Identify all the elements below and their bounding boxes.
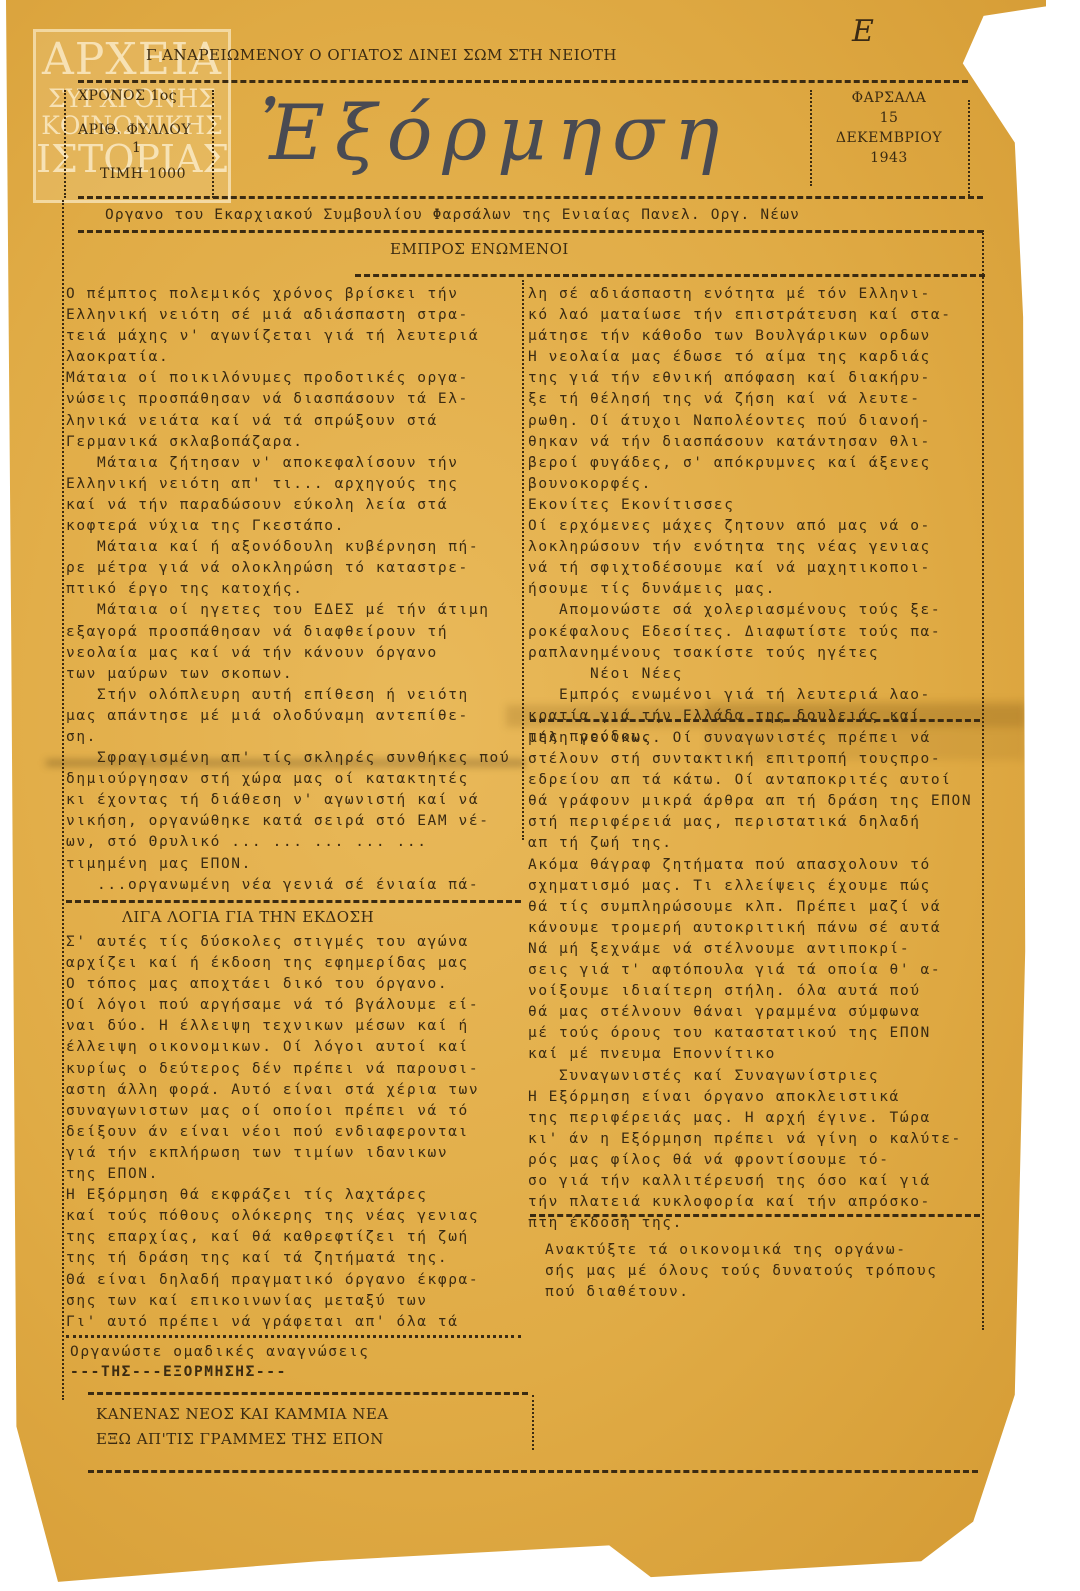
divider [88, 1392, 528, 1395]
text-line: Απομονώστε σά χολεριασμένους τούς ξε- [528, 600, 983, 621]
newspaper-title: Ἐξόρμηση [260, 88, 729, 177]
text-line: ρε μέτρα γιά νά ολοκληρώση τό καταστρε- [66, 558, 521, 579]
text-line: σο γιά τήν καλλιτέρευσή της όσο καί γιά [528, 1171, 983, 1192]
lead-article-right-column: λη σέ αδιάσπαστη ενότητα μέ τόν Ελληνι-κ… [528, 284, 983, 748]
divider [78, 80, 968, 83]
text-line: έλλειψη οικονομικων. Οί λόγοι αυτοί καί [66, 1037, 521, 1058]
text-line: δημιούργησαν στή χώρα μας οί κατακτητές [66, 769, 521, 790]
masthead-slogan: Γ ΑΝΑΡΕΙΩΜΕΝΟΥ Ο ΟΓΙΑΤΟΣ ΔΙΝΕΙ ΣΩΜ ΣΤΗ Ν… [146, 46, 617, 64]
text-line: Η Εξόρμηση είναι όργανο αποκλειστικά [528, 1087, 983, 1108]
text-line: νά τή σφιχτοδέσουμε καί νά μαχητικοποι- [528, 558, 983, 579]
text-line: Συναγωνιστές καί Συναγωνίστριες [528, 1066, 983, 1087]
text-line: Ελληνική νειότη σέ μιά αδιάσπαστη στρα- [66, 305, 521, 326]
fundraising-note: Ανακτύξτε τά οικονομικά της οργάνω-σής μ… [545, 1240, 985, 1303]
text-line: Μάταια ζήτησαν ν' αποκεφαλίσουν τήν [66, 453, 521, 474]
text-line: λη σέ αδιάσπαστη ενότητα μέ τόν Ελληνι- [528, 284, 983, 305]
text-line: νοίξουμε ιδιαίτερη στήλη. όλα αυτά πού [528, 981, 983, 1002]
text-line: κρατία γιά τήν Ελλάδα της δουλειάς καί [528, 706, 983, 727]
text-line: Ανακτύξτε τά οικονομικά της οργάνω- [545, 1240, 985, 1261]
edition-article-right-column: μέλη γενικως. Οί συναγωνιστές πρέπει νάσ… [528, 728, 983, 1234]
text-line: Εκονίτες Εκονίτισσες [528, 495, 983, 516]
text-line: Ο πέμπτος πολεμικός χρόνος βρίσκει τήν [66, 284, 521, 305]
text-line: Στήν ολόπλευρη αυτή επίθεση ή νειότη [66, 685, 521, 706]
text-line: νεολαία μας καί νά τήν κάνουν όργανο [66, 643, 521, 664]
border [64, 90, 66, 198]
text-line: γιά τήν εκπλήρωση των τιμίων ιδανικων [66, 1143, 521, 1164]
text-line: μέ τούς όρους του καταστατικού της ΕΠΟΝ [528, 1023, 983, 1044]
text-line: ρωθη. Οί άτυχοι Ναπολέοντες πού διανοή- [528, 411, 983, 432]
issue-number: 1 [132, 140, 141, 156]
border [810, 90, 812, 186]
border [212, 90, 214, 198]
divider [78, 196, 983, 199]
text-line: θά μας στέλνουν θάναι γραμμένα σύμφωνα [528, 1002, 983, 1023]
text-line: βεροί φυγάδες, σ' απόκρυμνες καί άξενες [528, 453, 983, 474]
price: ΤΙΜΗ 1000 [100, 166, 186, 182]
text-line: σης των καί επικοινωνίας μεταξύ των [66, 1291, 521, 1312]
text-line: λοκληρώσουν τήν ενότητα της νέας γενιας [528, 537, 983, 558]
text-line: Οί ερχόμενες μάχες ζητουν από μας νά ο- [528, 516, 983, 537]
divider [78, 230, 983, 233]
date-place-box: ΦΑΡΣΑΛΑ 15 ΔΕΚΕΜΒΡΙΟΥ 1943 [824, 88, 954, 168]
text-line: σεις γιά τ' αφτόπουλα γιά τά οποία θ' α- [528, 960, 983, 981]
text-line: της επαρχίας, καί θά καθρεφτίζει τή ζωή [66, 1227, 521, 1248]
text-line: δείξουν άν είναι νέοι πού ενδιαφερονται [66, 1122, 521, 1143]
divider [355, 274, 985, 277]
text-line: μας απάντησε μέ μιά ολοδύναμη αντεπίθε- [66, 706, 521, 727]
date-day: 15 [824, 108, 954, 128]
text-line: κι έχοντας τή διάθεση ν' αγωνιστή καί νά [66, 790, 521, 811]
text-line: ρός μας φίλος θά νά φροντίσουμε τό- [528, 1150, 983, 1171]
text-line: Η νεολαία μας έδωσε τό αίμα της καρδιάς [528, 347, 983, 368]
column-rule [522, 280, 524, 840]
text-line: θηκαν νά τήν διασπάσουν κατάντησαν θλι- [528, 432, 983, 453]
text-line: κι' άν η Εξόρμηση πρέπει νά γίνη ο καλύτ… [528, 1129, 983, 1150]
text-line: ήσουμε τίς δυνάμεις μας. [528, 579, 983, 600]
boxed-slogan-line-2: ΕΞΩ ΑΠ'ΤΙΣ ΓΡΑΜΜΕΣ ΤΗΣ ΕΠΟΝ [96, 1430, 384, 1448]
text-line: τήν πλατειά κυκλοφορία καί τήν απρόσκο- [528, 1192, 983, 1213]
text-line: ξε τή θέλησή της νά ζήση καί νά λευτε- [528, 389, 983, 410]
issue-label: ΑΡΙΘ. ΦΥΛΛΟΥ [78, 122, 191, 138]
organ-line: Οργανο του Εκαρχιακού Συμβουλίου Φαρσάλω… [105, 205, 800, 226]
place: ΦΑΡΣΑΛΑ [824, 88, 954, 108]
text-line: θά γράφουν μικρά άρθρα απ τή δράση της Ε… [528, 791, 983, 812]
text-line: ραπλανημένους τσακίστε τούς ηγέτες [528, 643, 983, 664]
text-line: Μάταια οί ηγετες του ΕΔΕΣ μέ τήν άτιμη [66, 600, 521, 621]
text-line: Σ' αυτές τίς δύσκολες στιγμές του αγώνα [66, 932, 521, 953]
text-line: Ακόμα θάγραφ ζητήματα πού απασχολουν τό [528, 855, 983, 876]
text-line: Μάταια καί ή αξονόδουλη κυβέρνηση πή- [66, 537, 521, 558]
volume-year: ΧΡΟΝΟΣ 1ος [78, 88, 177, 104]
text-line: Θά είναι δηλαδή πραγματικό όργανο έκφρα- [66, 1270, 521, 1291]
edition-headline: ΛΙΓΑ ΛΟΓΙΑ ΓΙΑ ΤΗΝ ΕΚΔΟΣΗ [122, 908, 374, 926]
date-year: 1943 [824, 148, 954, 168]
text-line: Μάταια οί ποικιλόνυμες προδοτικές οργα- [66, 368, 521, 389]
text-line: εδρείου απ τά κάτω. Οί ανταποκριτές αυτο… [528, 770, 983, 791]
handwritten-corner-mark: E [852, 14, 874, 49]
text-line: θά τίς συμπληρώσουμε κλπ. Πρέπει μαζί νά [528, 897, 983, 918]
text-line: στή περιφέρειά μας, περιστατικά δηλαδή [528, 812, 983, 833]
text-line: κοφτερά νύχια της Γκεστάπο. [66, 516, 521, 537]
text-line: σχηματισμό μας. Τι ελλείψεις έχουμε πώς [528, 876, 983, 897]
divider [66, 1335, 521, 1338]
text-line: συναγωνιστων μας οί οποίοι πρέπει νά τό [66, 1101, 521, 1122]
text-line: Εμπρός ενωμένοι γιά τή λευτεριά λαο- [528, 685, 983, 706]
text-line: κυρίως ο δεύτερος δέν πρέπει νά παρουσι- [66, 1059, 521, 1080]
reading-groups-note: Οργανώστε ομαδικές αναγνώσεις [70, 1342, 370, 1363]
text-line: καί νά τήν παραδώσουν εύκολη λεία στά [66, 495, 521, 516]
text-line: ση. [66, 727, 521, 748]
text-line: ναι δύο. Η έλλειψη τεχνικων μέσων καί ή [66, 1016, 521, 1037]
lead-article-left-column: Ο πέμπτος πολεμικός χρόνος βρίσκει τήνΕλ… [66, 284, 521, 896]
text-line: κό λαό ματαίωσε τήν επιστράτευση καί στα… [528, 305, 983, 326]
reading-groups-note-sub: ---ΤΗΣ---ΕΞΟΡΜΗΣΗΣ--- [70, 1362, 287, 1383]
text-line: νώσεις προσπάθησαν νά διασπάσουν τά Ελ- [66, 389, 521, 410]
text-line: της τή δράση της καί τά ζητήματά της. [66, 1248, 521, 1269]
text-line: νικήση, οργανώθηκε κατά σειρά στό ΕΑΜ νέ… [66, 811, 521, 832]
text-line: Νά μή ξεχνάμε νά στέλνουμε αντιποκρί- [528, 939, 983, 960]
text-line: στέλουν στή συντακτική επιτροπή τουςπρο- [528, 749, 983, 770]
divider [66, 900, 521, 903]
text-line: της γιά τήν εθνική απόφαση καί διακήρυ- [528, 368, 983, 389]
lead-headline: ΕΜΠΡΟΣ ΕΝΩΜΕΝΟΙ [390, 240, 569, 258]
boxed-slogan-line-1: ΚΑΝΕΝΑΣ ΝΕΟΣ ΚΑΙ ΚΑΜΜΙΑ ΝΕΑ [96, 1405, 389, 1423]
text-line: ροκέφαλους Εδεσίτες. Διαφωτίστε τούς πα- [528, 622, 983, 643]
text-line: τιμημένη μας ΕΠΟΝ. [66, 854, 521, 875]
text-line: τειά μάχης ν' αγωνίζεται γιά τή λευτεριά [66, 326, 521, 347]
divider [88, 1470, 978, 1473]
text-line: των μαύρων των σκοπων. [66, 664, 521, 685]
divider [530, 719, 980, 722]
border [532, 1395, 534, 1450]
text-line: πτικό έργο της κατοχής. [66, 579, 521, 600]
text-line: Γι' αυτό πρέπει νά γράφεται απ' όλα τά [66, 1312, 521, 1333]
text-line: Σφραγισμένη απ' τίς σκληρές συνθήκες πού [66, 748, 521, 769]
left-margin-rule [62, 200, 64, 1400]
text-line: αρχίζει καί ή έκδοση της εφημερίδας μας [66, 953, 521, 974]
text-line: Νέοι Νέες [528, 664, 983, 685]
divider [530, 1214, 980, 1217]
text-line: μάτησε τήν κάθοδο των Βουλγάρικων ορδων [528, 326, 983, 347]
text-line: πού διαθέτουν. [545, 1282, 985, 1303]
text-line: καί μέ πνευμα Εποννίτικο [528, 1044, 983, 1065]
text-line: κάνουμε τρομερή αυτοκριτική πάνω σέ αυτά [528, 918, 983, 939]
edition-article-left-column: Σ' αυτές τίς δύσκολες στιγμές του αγώναα… [66, 932, 521, 1333]
text-line: Γερμανικά σκλαβοπάζαρα. [66, 432, 521, 453]
date-month: ΔΕΚΕΜΒΡΙΟΥ [824, 128, 954, 148]
text-line: βουνοκορφές. [528, 474, 983, 495]
text-line: Ελληνική νειότη απ' τι... αρχηγούς της [66, 474, 521, 495]
text-line: λαοκρατία. [66, 347, 521, 368]
text-line: Οί λόγοι πού αργήσαμε νά τό βγάλουμε εί- [66, 995, 521, 1016]
text-line: ων, στό Θρυλικό ... ... ... ... ... [66, 832, 521, 853]
text-line: σής μας μέ όλους τούς δυνατούς τρόπους [545, 1261, 985, 1282]
text-line: απ τή ζωή της. [528, 833, 983, 854]
text-line: εξαγορά προσπάθησαν νά διαφθείρουν τή [66, 622, 521, 643]
text-line: της ΕΠΟΝ. [66, 1164, 521, 1185]
text-line: αστη άλλη φορά. Αυτό είναι στά χέρια των [66, 1080, 521, 1101]
text-line: ...οργανωμένη νέα γενιά σέ ένιαία πά- [66, 875, 521, 896]
text-line: Ο τόπος μας αποχτάει δικό του όργανο. [66, 974, 521, 995]
text-line: καί τούς πόθους ολόκερης της νέας γενιας [66, 1206, 521, 1227]
border [968, 100, 970, 196]
text-line: ληνικά νειάτα καί νά τά σπρώξουν στά [66, 411, 521, 432]
text-line: της περιφέρειάς μας. Η αρχή έγινε. Τώρα [528, 1108, 983, 1129]
text-line: μέλη γενικως. Οί συναγωνιστές πρέπει νά [528, 728, 983, 749]
text-line: Η Εξόρμηση θά εκφράζει τίς λαχτάρες [66, 1185, 521, 1206]
